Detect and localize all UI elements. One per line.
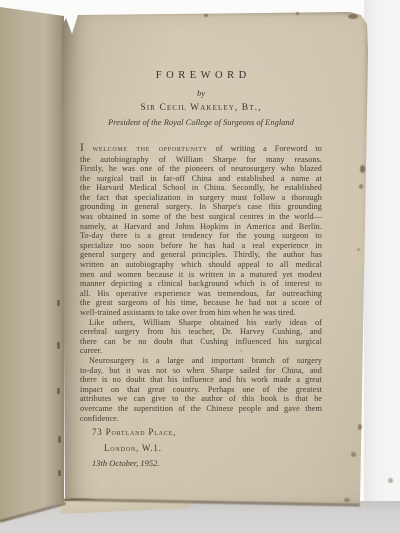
foxing-spot: [359, 184, 363, 189]
foreword-page: FOREWORD by Sir Cecil Wakeley, Bt., Pres…: [62, 12, 368, 508]
signature-address-line1: 73 Portland Place,: [80, 427, 322, 437]
author-name: Sir Cecil Wakeley, Bt.,: [80, 103, 322, 114]
body-line: there can be no doubt that Cushing influ…: [80, 337, 322, 347]
body-line: To-day there is a great tendency for the…: [80, 231, 322, 241]
body-line: confidence.: [80, 414, 322, 424]
body-line: the autobiography of William Sharpe for …: [80, 155, 322, 165]
body-line: grounding in general surgery. In Sharpe'…: [80, 202, 322, 212]
body-line: I welcome the opportunity of writing a F…: [80, 143, 322, 155]
foxing-spot: [357, 248, 360, 251]
foxing-spot: [296, 12, 299, 15]
signature-date: 13th October, 1952.: [80, 458, 322, 468]
body-line: there is no doubt that his influence and…: [80, 375, 322, 385]
body-line: the fact that specialization in surgery …: [80, 193, 322, 203]
body-line: cerebral surgery from his teacher, Dr. H…: [80, 327, 322, 337]
body-line: attributes we can give to the author of …: [80, 394, 322, 404]
foxing-spot: [351, 452, 356, 457]
body-line: manner depicting a clinical background w…: [80, 279, 322, 289]
backdrop-mark: [388, 478, 393, 483]
gutter-crease-dash: [58, 436, 61, 443]
body-line: was obtained in some of the best surgica…: [80, 212, 322, 222]
small-caps-run: welcome the opportunity: [84, 144, 208, 153]
foxing-spot: [344, 498, 350, 502]
book-photo: FOREWORD by Sir Cecil Wakeley, Bt., Pres…: [0, 0, 400, 533]
body-line: the surgical trail in far-off China and …: [80, 174, 322, 184]
body-line: to-day, but it was not so when Sharpe sa…: [80, 366, 322, 376]
foxing-spot: [112, 258, 114, 260]
foxing-spot: [204, 14, 208, 17]
foxing-spot: [348, 14, 358, 19]
body-text-segment: of writing a Foreword to: [208, 144, 322, 153]
body-line: the great surgeons of his time, because …: [80, 298, 322, 308]
body-line: general surgery and general principles. …: [80, 250, 322, 260]
body-line: the Harvard Medical School in China. Sec…: [80, 183, 322, 193]
body-paragraph: Neurosurgery is a large and important br…: [80, 356, 322, 423]
gutter-crease-dash: [57, 300, 60, 306]
left-page: [0, 0, 64, 533]
body-line: career.: [80, 346, 322, 356]
text-column: FOREWORD by Sir Cecil Wakeley, Bt., Pres…: [80, 70, 322, 468]
body-line: well-trained assistants to take over fro…: [80, 308, 322, 318]
backdrop-right: [364, 0, 400, 506]
body-line: Firstly, he was one of the pioneers of n…: [80, 164, 322, 174]
body-line: Like others, William Sharpe obtained his…: [80, 318, 322, 328]
foxing-spot: [240, 350, 242, 352]
gutter-crease-dash: [57, 342, 60, 349]
body-line: specialize too soon before he has had a …: [80, 241, 322, 251]
body-text: I welcome the opportunity of writing a F…: [80, 143, 322, 423]
body-paragraph: Like others, William Sharpe obtained his…: [80, 318, 322, 356]
body-paragraph: I welcome the opportunity of writing a F…: [80, 143, 322, 318]
body-line: all. His operative experience was tremen…: [80, 289, 322, 299]
author-title: President of the Royal College of Surgeo…: [80, 117, 322, 127]
body-line: Neurosurgery is a large and important br…: [80, 356, 322, 366]
body-line: impact on that great country. Perhaps on…: [80, 385, 322, 395]
foxing-spot: [358, 424, 362, 430]
gutter-crease-dash: [58, 470, 61, 476]
body-line: men and women because it is written in a…: [80, 270, 322, 280]
foxing-spot: [360, 165, 365, 173]
gutter-crease-dash: [57, 388, 60, 394]
signature-block: 73 Portland Place, London, W.1. 13th Oct…: [80, 427, 322, 468]
body-line: namely, at Harvard and Johns Hopkins in …: [80, 222, 322, 232]
page-title: FOREWORD: [80, 70, 322, 82]
body-line: overcame the superstition of the Chinese…: [80, 404, 322, 414]
signature-address-line2: London, W.1.: [80, 443, 322, 453]
body-line: written an autobiography which should ap…: [80, 260, 322, 270]
byline: by: [80, 88, 322, 98]
